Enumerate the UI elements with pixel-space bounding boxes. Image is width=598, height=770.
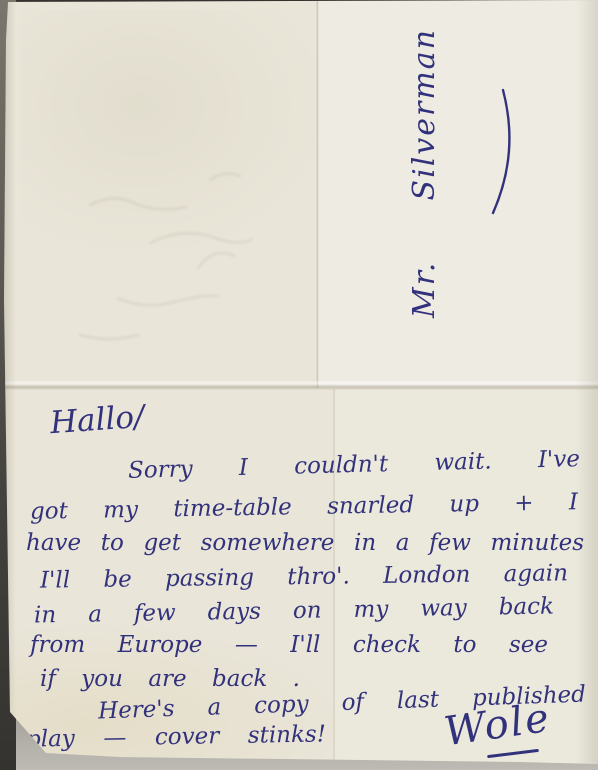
- letter-line: have to get somewhere in a few minutes: [26, 528, 584, 558]
- vertical-fold-crease: [316, 0, 319, 388]
- letter-line: I'll be passing thro'. London again: [40, 558, 568, 595]
- addressee-name-vertical: Mr. Silverman: [407, 28, 453, 318]
- signature-underline: [487, 749, 539, 758]
- paper-top-stain: [20, 10, 320, 250]
- letter-line: play — cover stinks!: [26, 719, 326, 754]
- letter-line: if you are back .: [40, 664, 300, 694]
- horizontal-fold-crease: [0, 381, 598, 390]
- letter-line: in a few days on my way back: [34, 591, 554, 630]
- paper-right-edge-shadow: [576, 0, 598, 770]
- salutation: Hallo/: [49, 399, 146, 442]
- letter-line: from Europe — I'll check to see: [30, 630, 548, 660]
- letter-paper: Mr. Silverman Hallo/ Sorry I couldn't wa…: [0, 0, 598, 770]
- fold-panel-top-right: [318, 0, 598, 388]
- photographed-letter: Mr. Silverman Hallo/ Sorry I couldn't wa…: [0, 0, 598, 770]
- letter-line: got my time-table snarled up + I: [30, 487, 578, 527]
- letter-line: Sorry I couldn't wait. I've: [128, 444, 581, 486]
